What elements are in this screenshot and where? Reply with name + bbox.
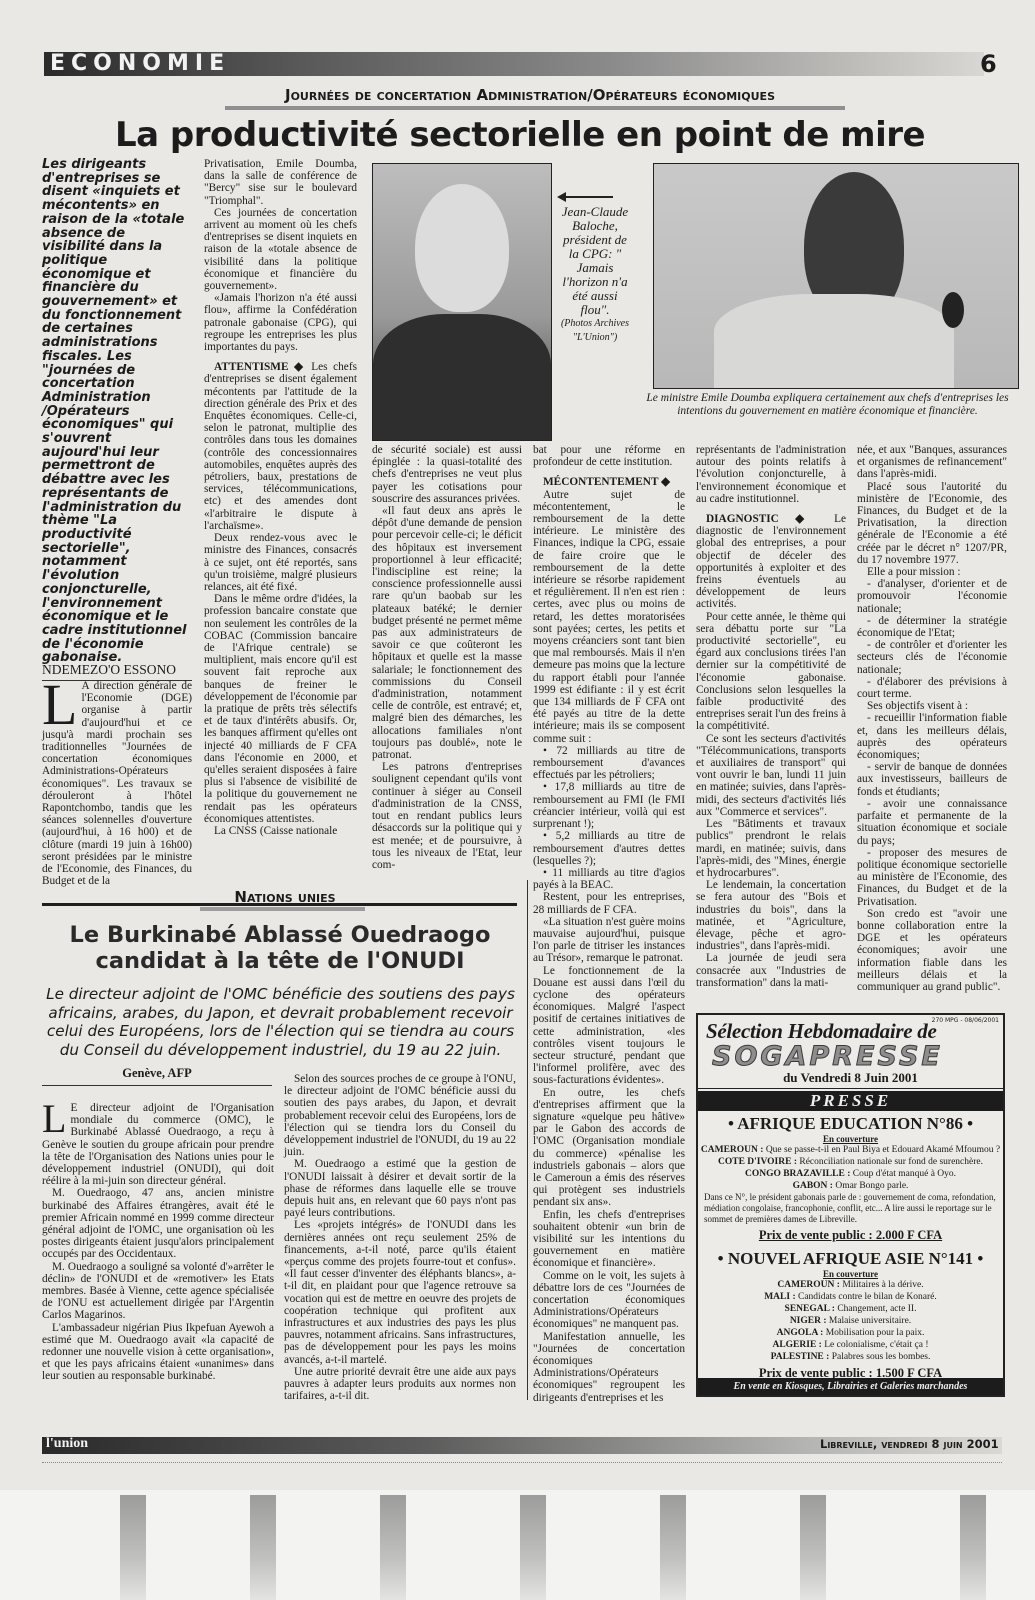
cut-line [42,1462,1002,1463]
article-lead: Les dirigeants d'entreprises se disent «… [42,158,192,665]
ad-date: du Vendredi 8 Juin 2001 [698,1070,1003,1089]
scan-artifact [250,1495,276,1600]
cover-item: ANGOLA : Mobilisation pour la paix. [698,1327,1003,1339]
photo-emile-doumba [653,163,1019,389]
article2-kicker: Nations unies [200,888,370,906]
sogapresse-logo: SOGAPRESSE [712,1044,1003,1070]
cover-item: CONGO BRAZAVILLE : Coup d'état manqué à … [698,1168,1003,1180]
kicker-underline [200,907,365,911]
arrow-left-icon [565,196,613,198]
newspaper-brand: l'union [46,1436,88,1452]
cover-item: SENEGAL : Changement, acte II. [698,1303,1003,1315]
scan-margin [0,1490,1035,1600]
cover-item: CAMEROUN : Que se passe-t-il en Paul Biy… [698,1144,1003,1156]
article2-standfirst: Le directeur adjoint de l'OMC bénéficie … [38,985,523,1059]
scan-artifact [960,1495,986,1600]
cover-item: GABON : Omar Bongo parle. [698,1180,1003,1192]
subhead-mecontentement: MÉCONTENTEMENT ◆ [533,476,685,488]
ad-band: PRESSE [698,1091,1003,1111]
article-column-5: représentants de l'administration autour… [696,444,846,989]
article-column-6: née, et aux "Banques, assurances et orga… [857,444,1007,993]
scan-artifact [520,1495,546,1600]
article-kicker: Journées de concertation Administration/… [200,86,860,104]
drop-cap: L [42,1104,66,1134]
cover-item: ALGERIE : Le colonialisme, c'était ça ! [698,1339,1003,1351]
photo-jean-claude-baloche [372,163,552,441]
scan-artifact [800,1495,826,1600]
microphone-icon [942,292,964,328]
scan-artifact [120,1495,146,1600]
sogapresse-advert: 270 MPG - 08/06/2001 Sélection Hebdomada… [696,1013,1005,1397]
article2-dateline: Genève, AFP [42,1066,272,1086]
photo-caption-baloche: Jean-Claude Baloche, président de la CPG… [560,205,630,345]
publication-description: Dans ce N°, le président gabonais parle … [698,1192,1003,1225]
cover-item: CAMEROUN : Militaires à la dérive. [698,1279,1003,1291]
photo-caption-doumba: Le ministre Emile Doumba expliquera cert… [640,392,1015,418]
article-column-3: de sécurité sociale) est aussi épinglée … [372,444,522,871]
article2-column-2: Selon des sources proches de ce groupe à… [284,1073,516,1402]
subhead-diagnostic: DIAGNOSTIC ◆ [706,513,818,525]
article-column-1: LA direction générale de l'Economie (DGE… [42,680,192,887]
article2-headline: Le Burkinabé Ablassé Ouedraogo candidat … [50,922,510,974]
page-number: 6 [980,50,997,78]
publication-title: • AFRIQUE EDUCATION N°86 • [698,1114,1003,1134]
article2-column-1: LE directeur adjoint de l'Organisation m… [42,1102,274,1383]
article-column-2: Privatisation, Emile Doumba, dans la sal… [204,158,357,837]
publication-price: Prix de vente public : 2.000 F CFA [698,1228,1003,1243]
article-headline: La productivité sectorielle en point de … [100,115,940,155]
cover-item: MALI : Candidats contre le bilan de Kona… [698,1291,1003,1303]
cover-item: PALESTINE : Palabres sous les bombes. [698,1351,1003,1363]
article-column-4: bat pour une réforme en profondeur de ce… [533,444,685,1404]
section-label: ECONOMIE [50,51,230,76]
cover-item: NIGER : Malaise universitaire. [698,1315,1003,1327]
column-divider [527,880,528,1400]
drop-cap: L [42,682,77,728]
publication-title: • NOUVEL AFRIQUE ASIE N°141 • [698,1249,1003,1269]
cover-label: En couverture [698,1134,1003,1144]
subhead-attentisme: ATTENTISME ◆ [214,361,306,373]
ad-footer: En vente en Kiosques, Librairies et Gale… [698,1378,1003,1395]
photo-credit: (Photos Archives "L'Union") [560,317,630,345]
cover-label: En couverture [698,1269,1003,1279]
portrait-suit [373,314,551,440]
ad-reference: 270 MPG - 08/06/2001 [932,1017,999,1024]
cover-item: COTE D'IVOIRE : Réconciliation nationale… [698,1156,1003,1168]
portrait-suit [714,294,954,388]
scan-artifact [380,1495,406,1600]
scan-artifact [660,1495,686,1600]
kicker-underline [225,106,845,110]
portrait-face [415,184,509,312]
footer-dateline: Libreville, vendredi 8 juin 2001 [820,1437,999,1451]
